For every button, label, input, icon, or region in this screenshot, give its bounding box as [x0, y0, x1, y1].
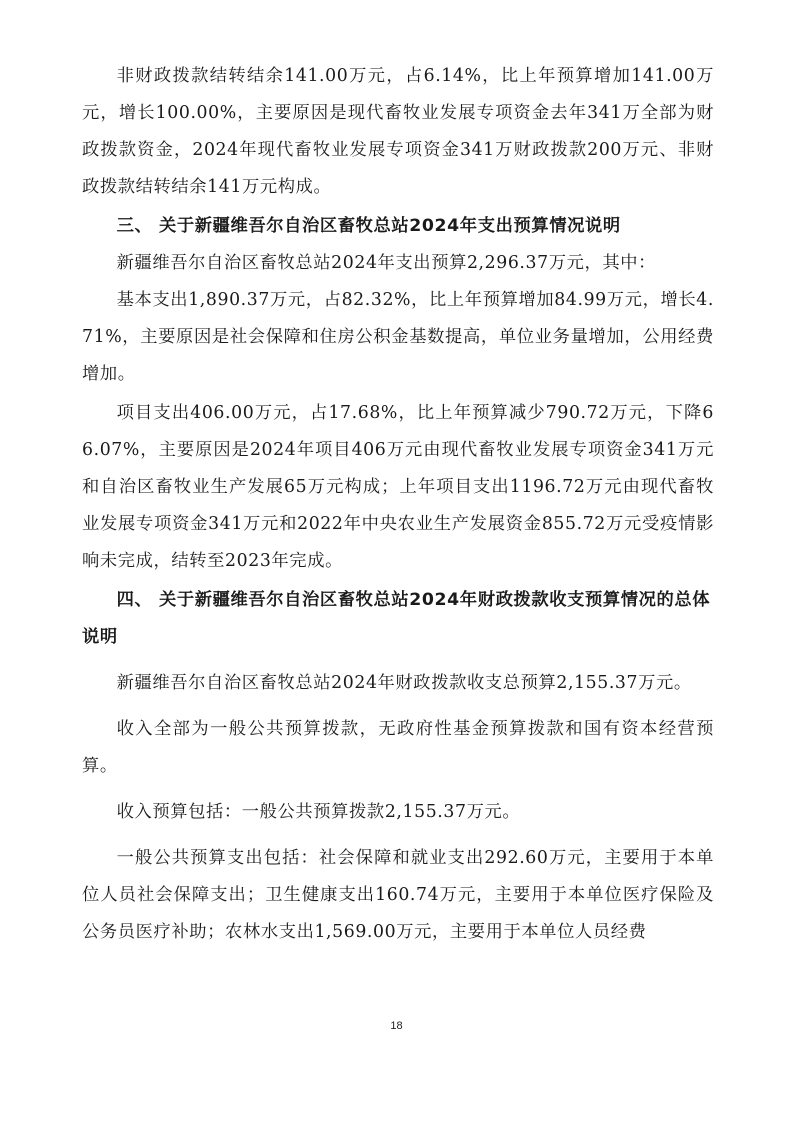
paragraph-non-fiscal-carryover: 非财政拨款结转结余141.00万元，占6.14%，比上年预算增加141.00万元…	[82, 58, 714, 206]
section-heading-4-fiscal-budget: 四、 关于新疆维吾尔自治区畜牧总站2024年财政拨款收支预算情况的总体说明	[82, 582, 714, 656]
paragraph-basic-expenditure: 基本支出1,890.37万元，占82.32%，比上年预算增加84.99万元，增长…	[82, 282, 714, 393]
paragraph-total-expenditure: 新疆维吾尔自治区畜牧总站2024年支出预算2,296.37万元，其中：	[82, 245, 714, 282]
paragraph-income-composition: 收入全部为一般公共预算拨款，无政府性基金预算拨款和国有资本经营预算。	[82, 711, 714, 785]
paragraph-general-public-expenditure: 一般公共预算支出包括：社会保障和就业支出292.60万元，主要用于本单位人员社会…	[82, 840, 714, 951]
paragraph-fiscal-total: 新疆维吾尔自治区畜牧总站2024年财政拨款收支总预算2,155.37万元。	[82, 665, 714, 702]
page-number: 18	[0, 1020, 793, 1032]
paragraph-income-budget: 收入预算包括：一般公共预算拨款2,155.37万元。	[82, 794, 714, 831]
document-page: 非财政拨款结转结余141.00万元，占6.14%，比上年预算增加141.00万元…	[82, 58, 714, 951]
section-heading-3-expenditure-budget: 三、 关于新疆维吾尔自治区畜牧总站2024年支出预算情况说明	[82, 208, 714, 245]
paragraph-project-expenditure: 项目支出406.00万元，占17.68%，比上年预算减少790.72万元，下降6…	[82, 395, 714, 580]
